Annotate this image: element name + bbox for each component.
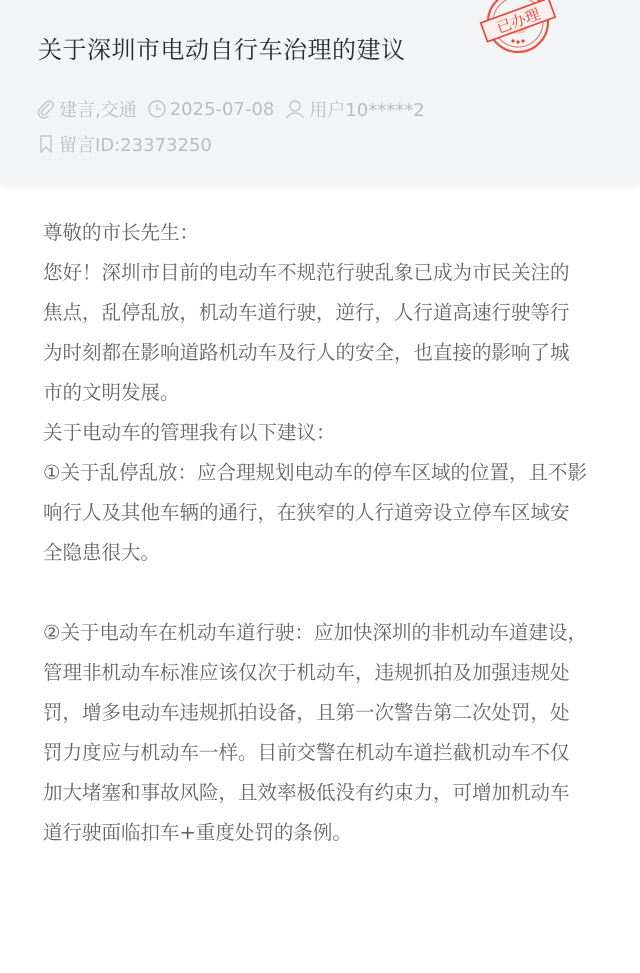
paragraph-intro: 您好！深圳市目前的电动车不规范行驶乱象已成为市民关注的焦点，乱停乱放，机动车道行… [43, 253, 588, 413]
blank-line [43, 573, 588, 613]
clock-icon [147, 99, 167, 119]
date: 2025-07-08 [147, 99, 275, 120]
paragraph-suggestions-heading: 关于电动车的管理我有以下建议： [43, 413, 588, 453]
processed-stamp-icon: 已办理 [478, 0, 556, 62]
user-text: 用户10*****2 [309, 96, 424, 122]
message-id: 留言ID:23373250 [36, 131, 212, 157]
paragraph-suggestion-1: ①关于乱停乱放：应合理规划电动车的停车区域的位置，且不影响行人及其他车辆的通行，… [43, 453, 588, 573]
category-text: 建言,交通 [59, 96, 137, 122]
paperclip-icon [36, 99, 56, 119]
user-icon [284, 99, 306, 119]
bookmark-icon [36, 134, 56, 154]
message-id-row: 留言ID:23373250 [36, 131, 222, 157]
user: 用户10*****2 [284, 96, 424, 122]
message-header: 关于深圳市电动自行车治理的建议 已办理 建言,交通 2025-07-08 [0, 0, 640, 185]
message-body: 尊敬的市长先生： 您好！深圳市目前的电动车不规范行驶乱象已成为市民关注的焦点，乱… [43, 213, 588, 853]
date-text: 2025-07-08 [170, 99, 275, 120]
page-title: 关于深圳市电动自行车治理的建议 [38, 30, 406, 65]
greeting: 尊敬的市长先生： [43, 213, 588, 253]
category: 建言,交通 [36, 96, 137, 122]
meta-row: 建言,交通 2025-07-08 用户10*****2 [36, 96, 435, 122]
message-id-text: 留言ID:23373250 [59, 131, 212, 157]
paragraph-suggestion-2: ②关于电动车在机动车道行驶：应加快深圳的非机动车道建设，管理非机动车标准应该仅次… [43, 613, 588, 853]
